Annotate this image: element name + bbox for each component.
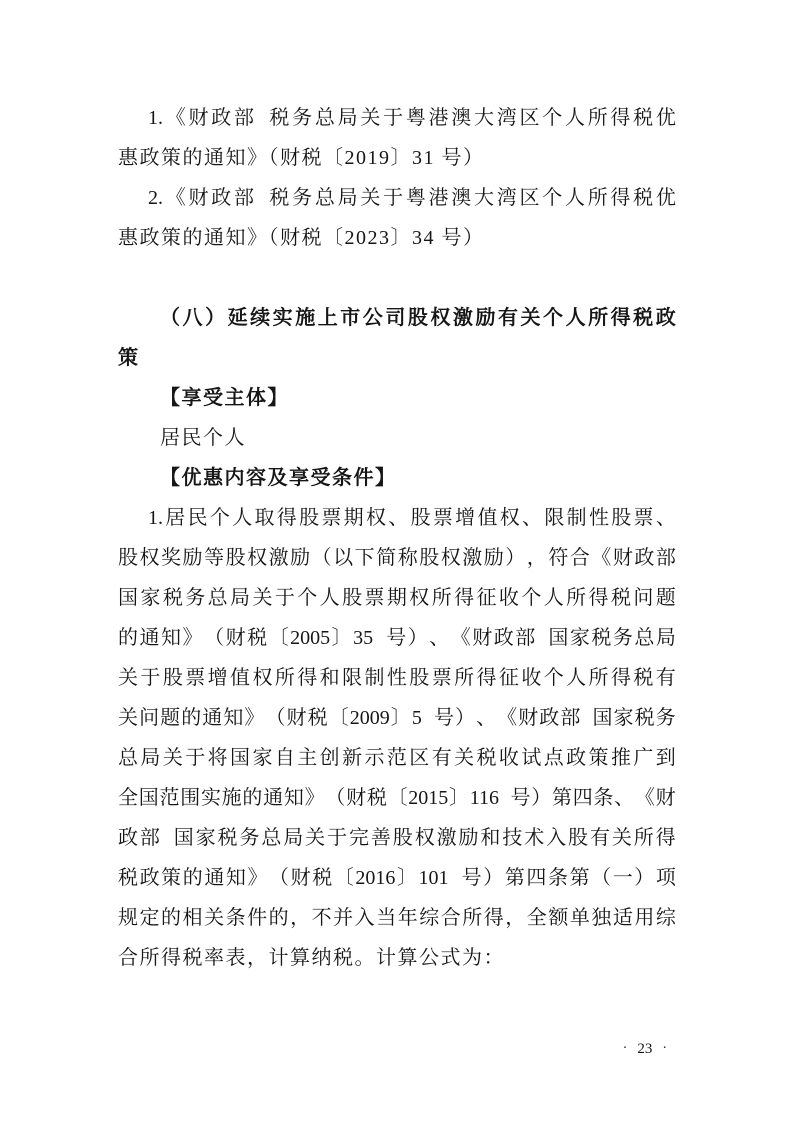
reference-item-1-line-1: 1.《财政部税务总局关于粤港澳大湾区个人所得税优 (118, 98, 676, 138)
benefit-paragraph-line-11: 规定的相关条件的，不并入当年综合所得，全额单独适用综 (118, 898, 676, 938)
document-content: 1.《财政部税务总局关于粤港澳大湾区个人所得税优 惠政策的通知》（财税〔2019… (118, 98, 676, 978)
benefit-paragraph-line-7: 总局关于将国家自主创新示范区有关税收试点政策推广到 (118, 738, 676, 778)
footer-right-dot: · (662, 1038, 667, 1060)
reference-item-1-line-2: 惠政策的通知》（财税〔2019〕31 号） (118, 138, 676, 178)
benefit-paragraph-line-1: 1.居民个人取得股票期权、股票增值权、限制性股票、 (118, 498, 676, 538)
reference-item-2-line-1: 2.《财政部税务总局关于粤港澳大湾区个人所得税优 (118, 178, 676, 218)
benefit-paragraph-line-4: 的通知》（财税〔2005〕35号）、《财政部国家税务总局 (118, 618, 676, 658)
benefit-paragraph-line-6: 关问题的通知》（财税〔2009〕5号）、《财政部国家税务 (118, 698, 676, 738)
benefit-paragraph-line-9: 政部国家税务总局关于完善股权激励和技术入股有关所得 (118, 818, 676, 858)
benefit-paragraph-line-3: 国家税务总局关于个人股票期权所得征收个人所得税问题 (118, 578, 676, 618)
subject-heading: 【享受主体】 (118, 378, 676, 418)
document-page: 1.《财政部税务总局关于粤港澳大湾区个人所得税优 惠政策的通知》（财税〔2019… (0, 0, 794, 1122)
benefit-paragraph-line-12: 合所得税率表，计算纳税。计算公式为： (118, 938, 676, 978)
section-heading-line-1: （八）延续实施上市公司股权激励有关个人所得税政 (118, 298, 676, 338)
benefit-paragraph-line-8: 全国范围实施的通知》（财税〔2015〕116号）第四条、《财 (118, 778, 676, 818)
benefit-paragraph-line-2: 股权奖励等股权激励（以下简称股权激励），符合《财政部 (118, 538, 676, 578)
reference-item-2-line-2: 惠政策的通知》（财税〔2023〕34 号） (118, 218, 676, 258)
footer-left-dot: · (623, 1038, 628, 1060)
benefit-paragraph-line-5: 关于股票增值权所得和限制性股票所得征收个人所得税有 (118, 658, 676, 698)
benefit-heading: 【优惠内容及享受条件】 (118, 458, 676, 498)
section-spacer (118, 258, 676, 298)
page-footer: · 23 · (623, 1038, 667, 1060)
page-number: 23 (637, 1038, 652, 1060)
section-heading-line-2: 策 (118, 338, 676, 378)
subject-body: 居民个人 (118, 418, 676, 458)
benefit-paragraph-line-10: 税政策的通知》（财税〔2016〕101号）第四条第（一）项 (118, 858, 676, 898)
